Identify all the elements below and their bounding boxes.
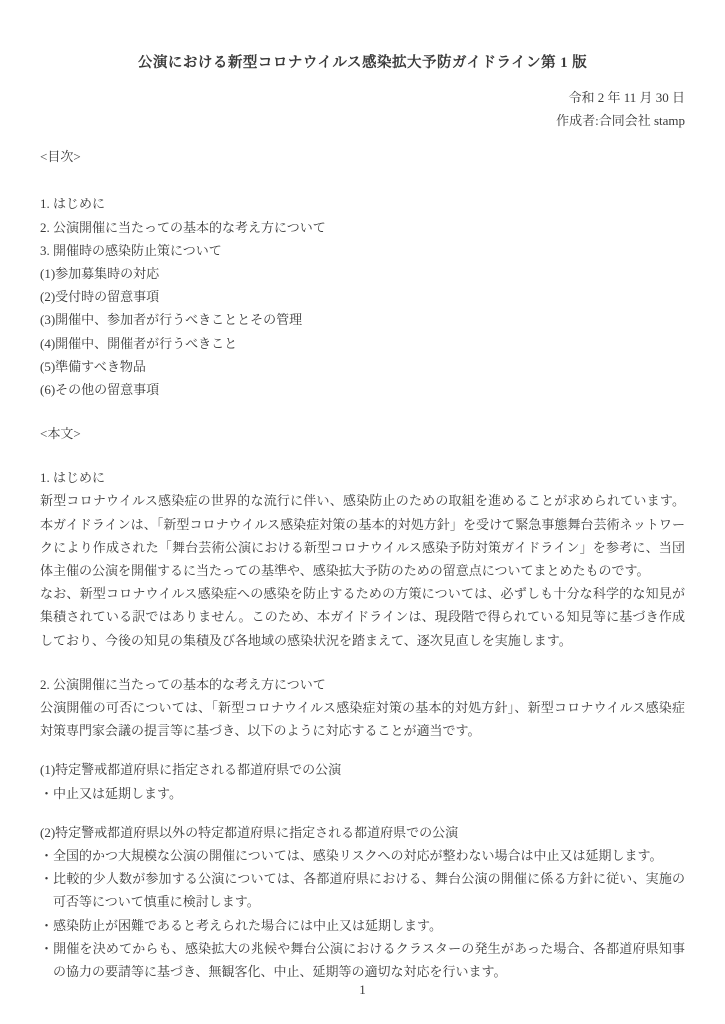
toc-list: 1. はじめに 2. 公演開催に当たっての基本的な考え方について 3. 開催時の…	[40, 192, 685, 401]
section-2: 2. 公演開催に当たっての基本的な考え方について 公演開催の可否については、「新…	[40, 673, 685, 983]
toc-item-7: (4)開催中、開催者が行うべきこと	[40, 332, 685, 355]
document-date: 令和 2 年 11 月 30 日	[40, 86, 685, 109]
section-2-sub-2-bullet-2: ・比較的少人数が参加する公演については、各都道府県における、舞台公演の開催に係る…	[40, 867, 685, 913]
toc-item-5: (2)受付時の留意事項	[40, 285, 685, 308]
section-2-sub-2-title: (2)特定警戒都道府県以外の特定都道府県に指定される都道府県での公演	[40, 821, 685, 844]
toc-item-8: (5)準備すべき物品	[40, 355, 685, 378]
body-heading: <本文>	[40, 422, 685, 445]
section-2-sub-1: (1)特定警戒都道府県に指定される都道府県での公演 ・中止又は延期します。	[40, 758, 685, 804]
section-2-sub-2-bullet-3: ・感染防止が困難であると考えられた場合には中止又は延期します。	[40, 914, 685, 937]
toc-item-2: 2. 公演開催に当たっての基本的な考え方について	[40, 216, 685, 239]
toc-item-4: (1)参加募集時の対応	[40, 262, 685, 285]
section-1-paragraph-1: 新型コロナウイルス感染症の世界的な流行に伴い、感染防止のための取組を進めることが…	[40, 489, 685, 582]
document-title: 公演における新型コロナウイルス感染拡大予防ガイドライン第 1 版	[40, 52, 685, 75]
document-meta: 令和 2 年 11 月 30 日 作成者:合同会社 stamp	[40, 86, 685, 132]
section-2-sub-1-title: (1)特定警戒都道府県に指定される都道府県での公演	[40, 758, 685, 781]
toc-item-3: 3. 開催時の感染防止策について	[40, 239, 685, 262]
section-2-title: 2. 公演開催に当たっての基本的な考え方について	[40, 673, 685, 696]
section-1: 1. はじめに 新型コロナウイルス感染症の世界的な流行に伴い、感染防止のための取…	[40, 466, 685, 652]
section-2-sub-2-bullet-1: ・全国的かつ大規模な公演の開催については、感染リスクへの対応が整わない場合は中止…	[40, 844, 685, 867]
toc-item-9: (6)その他の留意事項	[40, 378, 685, 401]
section-1-title: 1. はじめに	[40, 466, 685, 489]
toc-item-6: (3)開催中、参加者が行うべきこととその管理	[40, 308, 685, 331]
section-2-sub-2-bullet-4: ・開催を決めてからも、感染拡大の兆候や舞台公演におけるクラスターの発生があった場…	[40, 937, 685, 983]
section-2-sub-1-bullet-1: ・中止又は延期します。	[40, 782, 685, 805]
document-page: 公演における新型コロナウイルス感染拡大予防ガイドライン第 1 版 令和 2 年 …	[0, 0, 725, 1024]
page-number: 1	[0, 982, 725, 998]
toc-heading: <目次>	[40, 145, 685, 168]
document-author: 作成者:合同会社 stamp	[40, 109, 685, 132]
toc-item-1: 1. はじめに	[40, 192, 685, 215]
section-1-paragraph-2: なお、新型コロナウイルス感染症への感染を防止するための方策については、必ずしも十…	[40, 582, 685, 652]
section-2-sub-2: (2)特定警戒都道府県以外の特定都道府県に指定される都道府県での公演 ・全国的か…	[40, 821, 685, 983]
section-2-intro: 公演開催の可否については、「新型コロナウイルス感染症対策の基本的対処方針」、新型…	[40, 696, 685, 742]
